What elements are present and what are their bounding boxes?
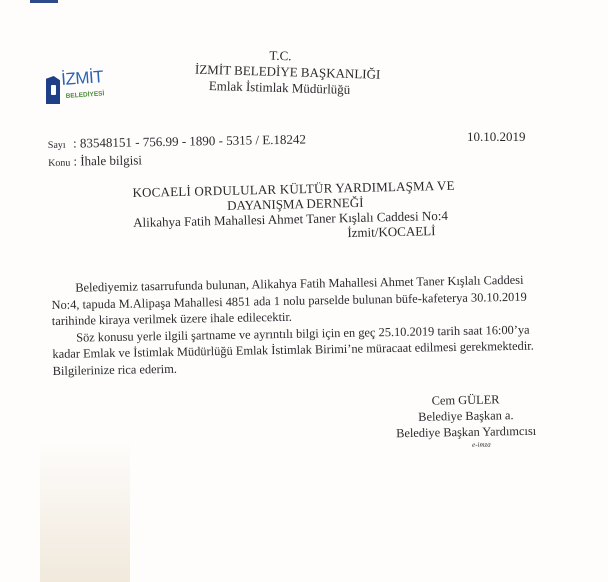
signatory-title2: Belediye Başkan Yardımcısı — [386, 423, 546, 442]
reference-block: Sayı : 83548151 - 756.99 - 1890 - 5315 /… — [48, 131, 307, 171]
konu-label: Konu — [48, 156, 70, 172]
document-date: 10.10.2019 — [467, 129, 526, 145]
subject-row: Konu : İhale bilgisi — [48, 149, 306, 172]
sayi-value: : 83548151 - 756.99 - 1890 - 5315 / E.18… — [73, 131, 306, 150]
logo-emblem-icon — [46, 76, 60, 104]
izmit-municipality-logo: İZMİT BELEDİYESİ — [46, 70, 116, 108]
letterhead-department: Emlak İstimlak Müdürlüğü — [194, 78, 364, 99]
konu-value: : İhale bilgisi — [73, 152, 142, 168]
letter-body: Belediyemiz tasarrufunda bulunan, Alikah… — [51, 271, 573, 379]
logo-subtitle: BELEDİYESİ — [66, 90, 105, 100]
signature-block: Cem GÜLER Belediye Başkan a. Belediye Ba… — [385, 391, 546, 455]
recipient-address: KOCAELİ ORDULULAR KÜLTÜR YARDIMLAŞMA VE … — [132, 178, 458, 245]
sayi-label: Sayı — [48, 138, 70, 154]
logo-wordmark: İZMİT — [61, 67, 104, 90]
letterhead: T.C. İZMİT BELEDİYE BAŞKANLIĞI Emlak İst… — [194, 46, 365, 99]
page-edge-strip — [30, 0, 58, 3]
paper-shadow — [40, 440, 130, 582]
